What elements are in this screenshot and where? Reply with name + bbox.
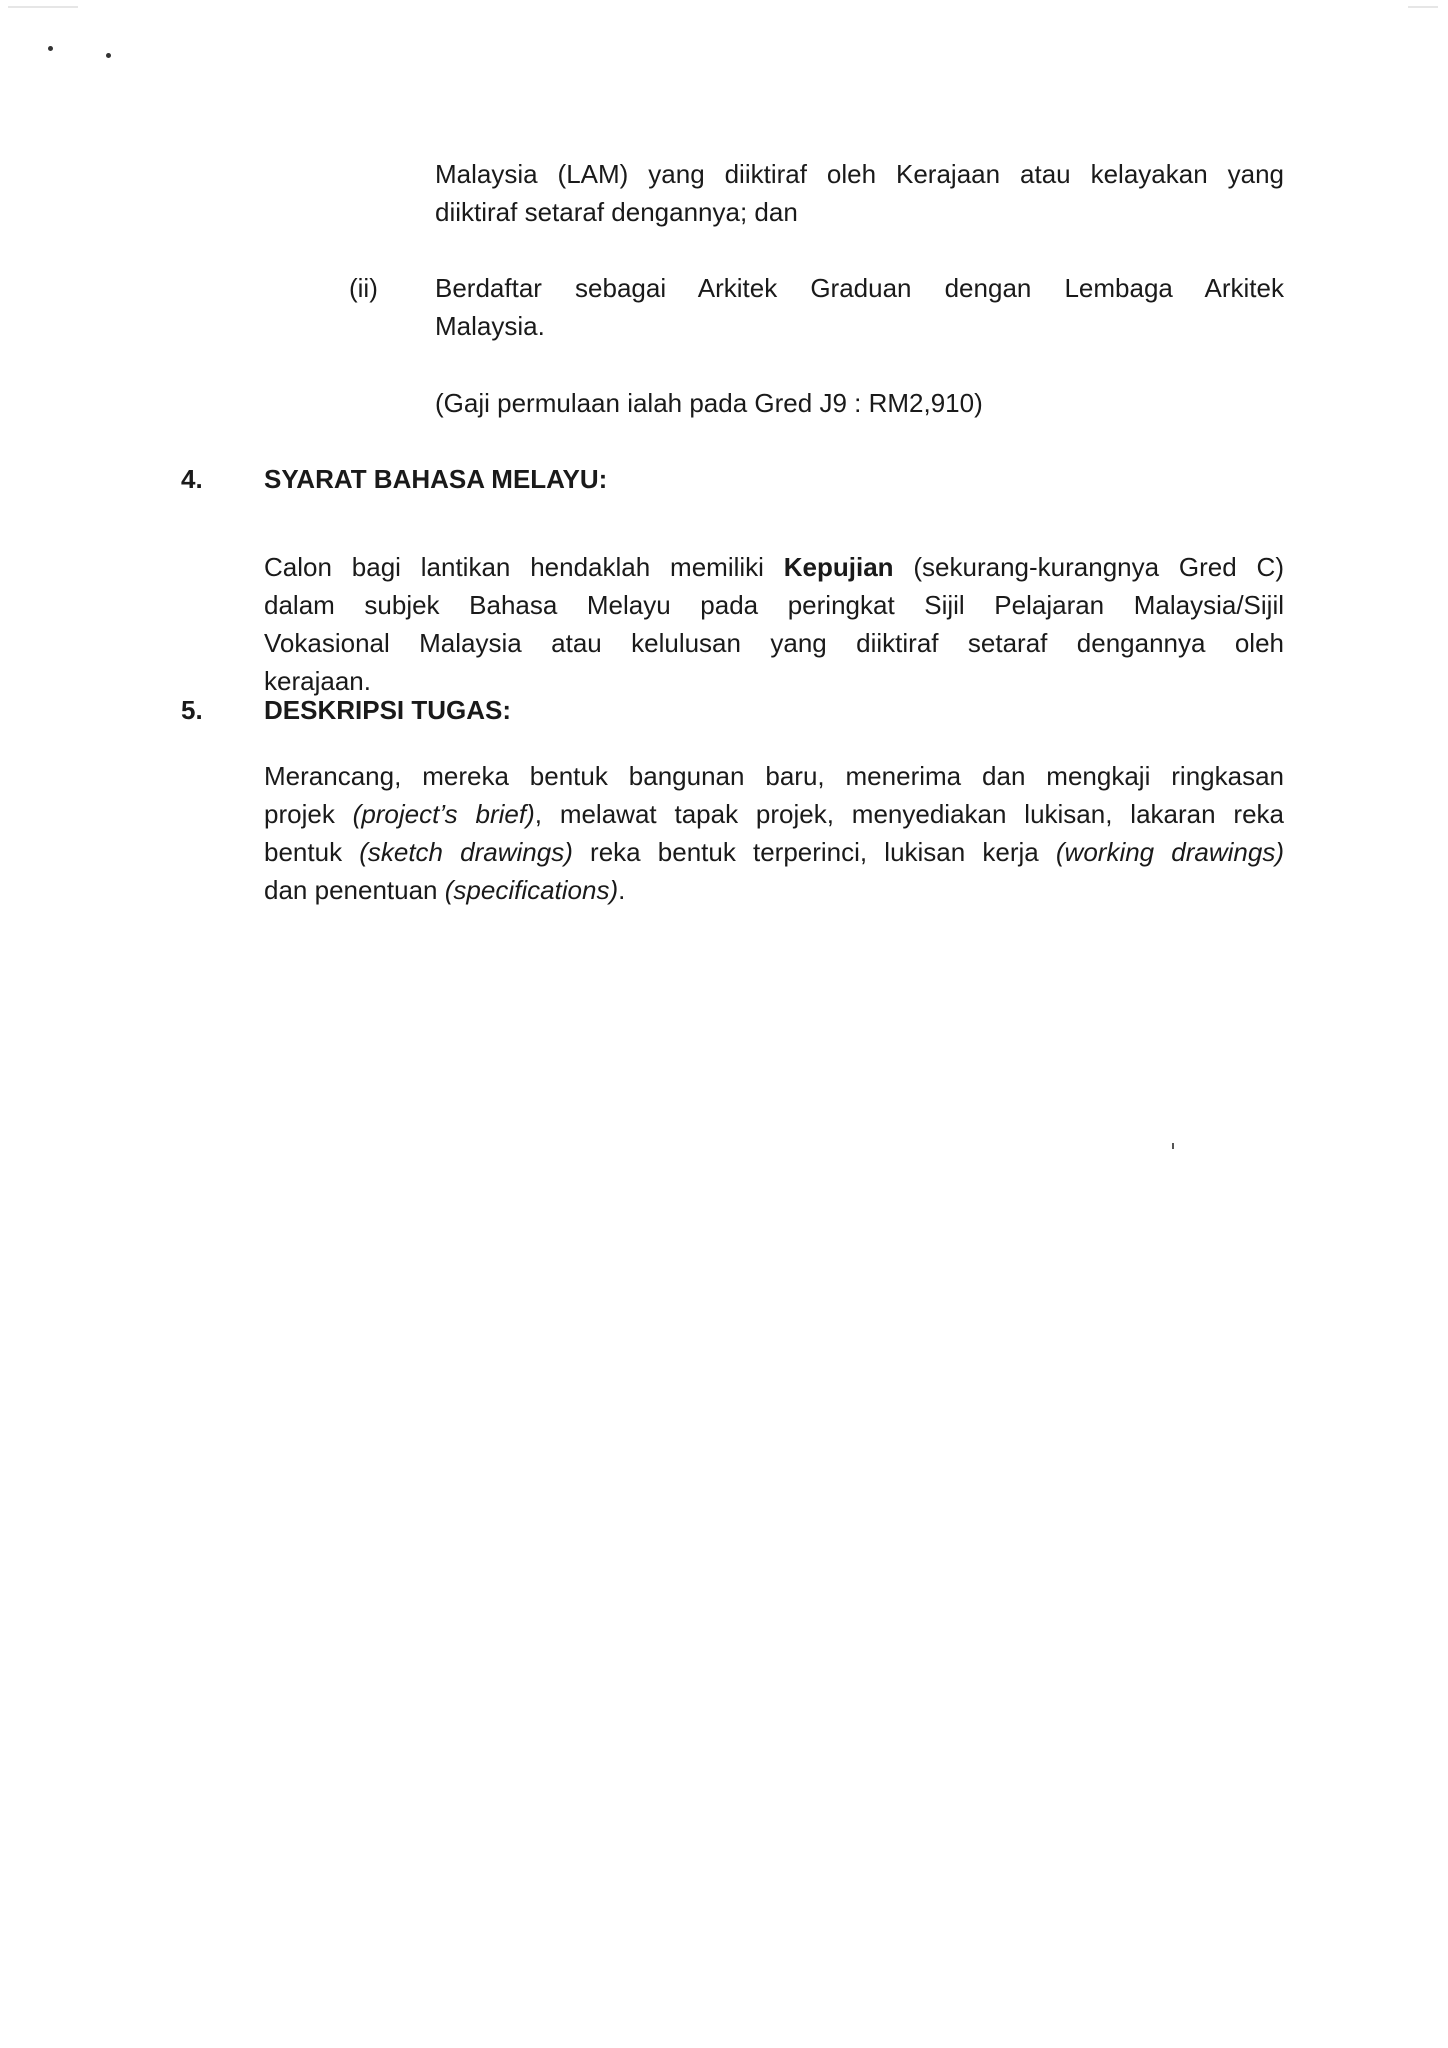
section-5-line-2: projek (project’s brief), melawat tapak … — [264, 795, 1284, 833]
continuation-paragraph: Malaysia (LAM) yang diiktiraf oleh Keraj… — [435, 155, 1284, 231]
kepujian-bold: Kepujian — [784, 552, 894, 582]
section-4-title: SYARAT BAHASA MELAYU: — [264, 460, 607, 498]
scan-artifact-top-line — [8, 6, 78, 8]
continuation-line-2: diiktiraf setaraf dengannya; dan — [435, 193, 1284, 231]
section-5-title: DESKRIPSI TUGAS: — [264, 691, 511, 729]
item-ii-line-1: Berdaftar sebagai Arkitek Graduan dengan… — [435, 269, 1284, 307]
section-5-line-3: bentuk (sketch drawings) reka bentuk ter… — [264, 833, 1284, 871]
scan-speck — [106, 53, 111, 58]
section-4-paragraph: Calon bagi lantikan hendaklah memiliki K… — [264, 548, 1284, 700]
salary-note: (Gaji permulaan ialah pada Gred J9 : RM2… — [435, 384, 983, 422]
item-ii-marker: (ii) — [349, 269, 378, 307]
continuation-line-1: Malaysia (LAM) yang diiktiraf oleh Keraj… — [435, 155, 1284, 193]
item-ii-line-2: Malaysia. — [435, 307, 1284, 345]
section-4-number: 4. — [181, 460, 203, 498]
section-5-number: 5. — [181, 691, 203, 729]
section-5-line-1: Merancang, mereka bentuk bangunan baru, … — [264, 757, 1284, 795]
item-ii-paragraph: Berdaftar sebagai Arkitek Graduan dengan… — [435, 269, 1284, 345]
section-4-line-1: Calon bagi lantikan hendaklah memiliki K… — [264, 548, 1284, 586]
section-5-line-4: dan penentuan (specifications). — [264, 871, 1284, 909]
scan-artifact-right-line — [1408, 6, 1438, 8]
section-4-line-3: Vokasional Malaysia atau kelulusan yang … — [264, 624, 1284, 662]
scan-speck — [48, 46, 53, 51]
scan-mark — [1172, 1143, 1174, 1149]
section-5-paragraph: Merancang, mereka bentuk bangunan baru, … — [264, 757, 1284, 909]
section-4-line-2: dalam subjek Bahasa Melayu pada peringka… — [264, 586, 1284, 624]
